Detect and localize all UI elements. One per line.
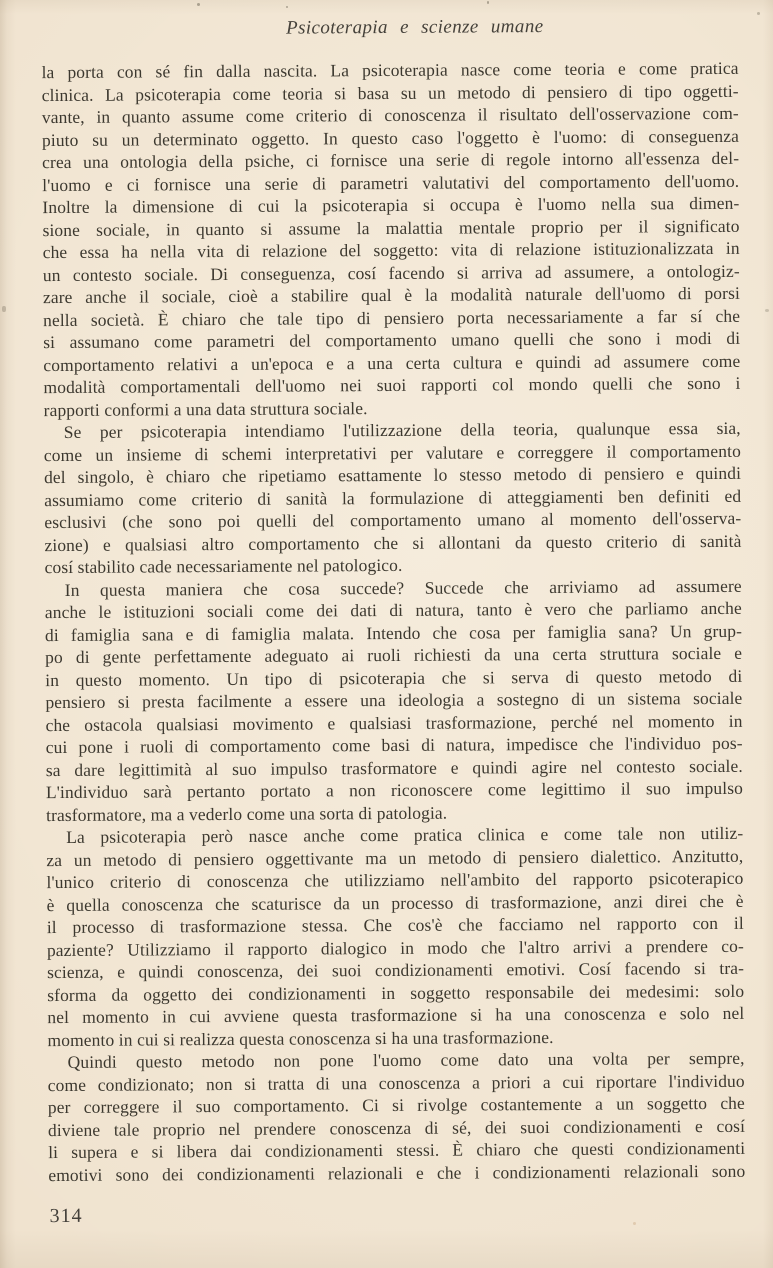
- text-line: nel momento in cui avviene questa trasfo…: [47, 1002, 744, 1029]
- dust-speck: [487, 1, 489, 4]
- dust-speck: [757, 12, 760, 15]
- dust-speck: [286, 6, 288, 8]
- dust-speck: [765, 309, 769, 312]
- body-text: la porta con sé fin dalla nascita. La ps…: [41, 57, 745, 1186]
- running-header: Psicoterapia e scienze umane: [41, 15, 738, 41]
- dust-speck: [633, 1222, 636, 1225]
- dust-speck: [197, 3, 200, 6]
- scanned-page-content: Psicoterapia e scienze umane la porta co…: [0, 0, 773, 1268]
- text-line: L'individuo sarà pertanto portato a non …: [46, 777, 743, 804]
- text-line: zione) e qualsiasi altro comportamento c…: [44, 529, 741, 556]
- book-page: Psicoterapia e scienze umane la porta co…: [0, 0, 773, 1268]
- page-number: 314: [49, 1205, 82, 1228]
- dust-speck: [2, 306, 6, 312]
- text-line: emotivi sono dei condizionamenti relazio…: [48, 1159, 745, 1186]
- text-line: modalità comportamentali dell'uomo nei s…: [43, 372, 740, 399]
